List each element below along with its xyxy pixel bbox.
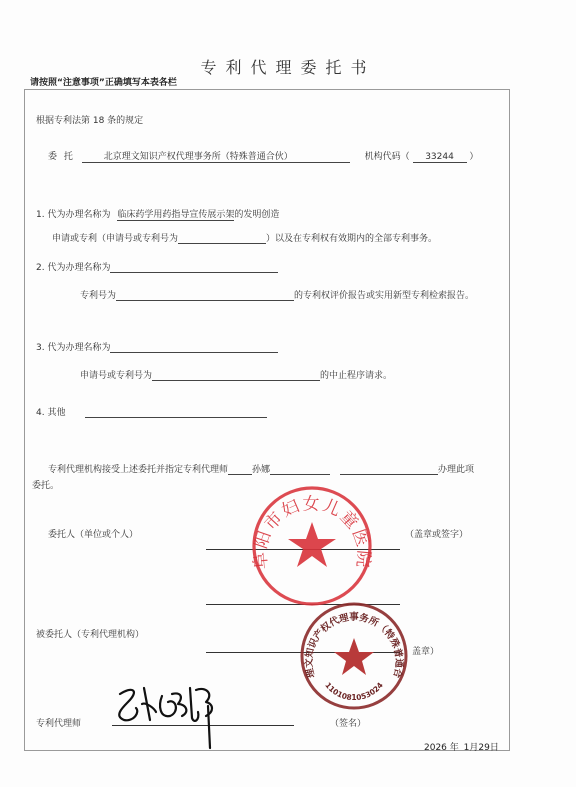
item-4-row: 4. 其他 — [36, 405, 267, 418]
item-2-row: 2. 代为办理名称为 — [36, 260, 278, 273]
agency-code-field[interactable]: 33244 — [413, 152, 467, 163]
item-3-label: 3. 代为办理名称为 — [36, 343, 110, 353]
client-note: （盖章或签字） — [405, 527, 468, 540]
item-2-line2-prefix: 专利号为 — [80, 291, 116, 301]
item-1-line2-suffix: ）以及在专利权有效期内的全部专利事务。 — [266, 234, 437, 244]
item-1-row: 1. 代为办理名称为 临床药学用药指导宣传展示架的发明创造 — [36, 207, 279, 221]
agency-code-label: 机构代码（ — [365, 152, 410, 162]
date-year: 2026 — [424, 743, 447, 753]
item-3-line2-prefix: 申请号或专利号为 — [80, 371, 152, 381]
agent-note: （签名） — [330, 716, 366, 729]
appointment-suffix: 办理此项 — [438, 465, 474, 475]
agent-name-pad — [228, 464, 252, 475]
date-day: 29 — [478, 743, 489, 753]
item-1-label: 1. 代为办理名称为 — [36, 210, 110, 220]
appointment-prefix: 专利代理机构接受上述委托并指定专利代理师 — [48, 465, 228, 475]
trustee-label: 被委托人（专利代理机构） — [36, 627, 144, 640]
item-4-other-field[interactable] — [85, 407, 267, 418]
item-1-line2-prefix: 申请或专利（申请号或专利号为 — [52, 234, 178, 244]
patent-number-field[interactable] — [116, 290, 294, 301]
invention-name-field[interactable]: 临床药学用药指导宣传展示架 — [117, 207, 234, 221]
item-2-line2-suffix: 的专利权评价报告或实用新型专利检索报告。 — [294, 291, 474, 301]
item-3-line2: 申请号或专利号为的中止程序请求。 — [80, 368, 392, 381]
agent-name-2-field[interactable] — [340, 464, 438, 475]
trustee-note: 盖章） — [412, 644, 439, 657]
date-day-label: 日 — [490, 743, 499, 753]
item-3-row: 3. 代为办理名称为 — [36, 340, 278, 353]
legal-basis: 根据专利法第 18 条的规定 — [36, 113, 143, 126]
client-label: 委托人（单位或个人） — [48, 527, 138, 540]
item-1-suffix: 的发明创造 — [234, 210, 279, 220]
item-2-label: 2. 代为办理名称为 — [36, 263, 110, 273]
client-signature-line-2[interactable] — [206, 604, 400, 605]
date-year-label: 年 — [450, 743, 459, 753]
item-1-line2: 申请或专利（申请号或专利号为）以及在专利权有效期内的全部专利事务。 — [52, 231, 437, 244]
agent-signature-line[interactable] — [112, 725, 294, 726]
date-row: 2026 年 1月29日 — [424, 740, 499, 753]
item-2-name-field[interactable] — [110, 262, 278, 273]
entrust-label: 委 托 — [48, 152, 75, 162]
item-3-name-field[interactable] — [110, 342, 278, 353]
item-3-number-field[interactable] — [152, 370, 320, 381]
instruction-note: 请按照“注意事项”正确填写本表各栏 — [30, 75, 177, 88]
item-3-line2-suffix: 的中止程序请求。 — [320, 371, 392, 381]
client-signature-line[interactable] — [206, 549, 400, 550]
agency-code-close: ） — [469, 152, 478, 162]
agent-label: 专利代理师 — [36, 716, 81, 729]
item-4-label: 4. 其他 — [36, 408, 65, 418]
appointment-row: 专利代理机构接受上述委托并指定专利代理师孙娜办理此项 — [48, 462, 474, 475]
agent-name-pad-2 — [270, 464, 330, 475]
agent-name-field[interactable]: 孙娜 — [252, 465, 270, 475]
agency-name-field[interactable]: 北京理文知识产权代理事务所（特殊普通合伙） — [82, 149, 350, 163]
appointment-line2: 委托。 — [32, 478, 59, 491]
application-number-field[interactable] — [178, 233, 266, 244]
item-2-line2: 专利号为的专利权评价报告或实用新型专利检索报告。 — [80, 288, 474, 301]
entrust-row: 委 托 北京理文知识产权代理事务所（特殊普通合伙） 机构代码（ 33244 ） — [48, 149, 478, 163]
trustee-signature-line[interactable] — [206, 652, 400, 653]
